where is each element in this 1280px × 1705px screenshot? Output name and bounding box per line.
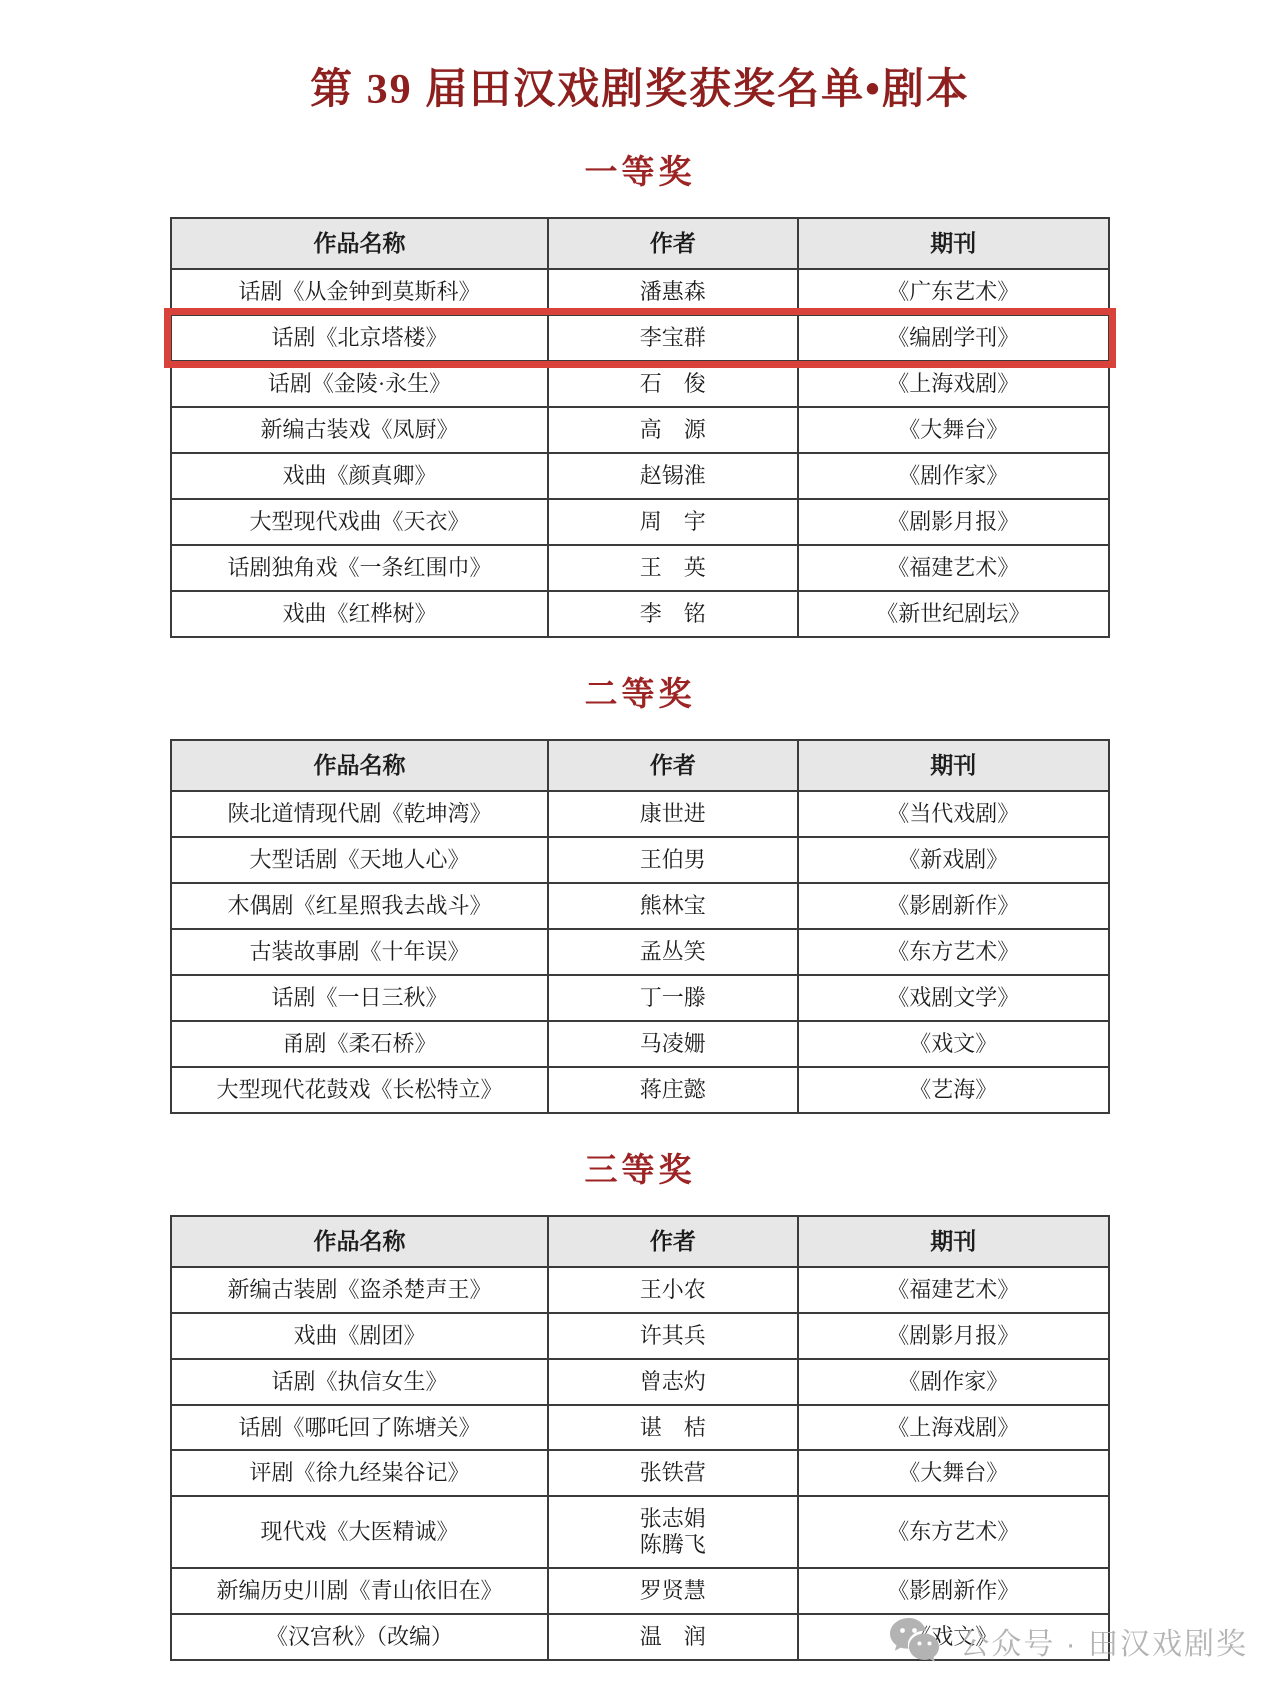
column-header-journal: 期刊	[798, 218, 1109, 269]
journal-cell: 《上海戏剧》	[798, 1405, 1109, 1451]
journal-cell: 《上海戏剧》	[798, 361, 1109, 407]
journal-cell: 《当代戏剧》	[798, 791, 1109, 837]
work-title-cell: 戏曲《剧团》	[171, 1313, 548, 1359]
work-title-cell: 话剧独角戏《一条红围巾》	[171, 545, 548, 591]
award-row: 话剧《一日三秋》丁一滕《戏剧文学》	[171, 975, 1109, 1021]
author-cell: 蒋庄懿	[548, 1067, 798, 1113]
third-prize-rows: 新编古装剧《盗杀楚声王》王小农《福建艺术》戏曲《剧团》许其兵《剧影月报》话剧《执…	[171, 1267, 1109, 1661]
award-row: 评剧《徐九经粜谷记》张铁营《大舞台》	[171, 1450, 1109, 1496]
column-header-work: 作品名称	[171, 218, 548, 269]
work-title-cell: 新编古装戏《凤厨》	[171, 407, 548, 453]
journal-cell: 《剧作家》	[798, 1359, 1109, 1405]
award-document: 一等奖 作品名称 作者 期刊 话剧《从金钟到莫斯科》潘惠森《广东艺术》话剧《北京…	[170, 146, 1110, 1661]
second-prize-table: 作品名称 作者 期刊 陕北道情现代剧《乾坤湾》康世进《当代戏剧》大型话剧《天地人…	[170, 739, 1110, 1114]
journal-cell: 《新世纪剧坛》	[798, 591, 1109, 637]
first-prize-rows: 话剧《从金钟到莫斯科》潘惠森《广东艺术》话剧《北京塔楼》李宝群《编剧学刊》话剧《…	[171, 269, 1109, 637]
author-cell: 温 润	[548, 1614, 798, 1660]
author-cell: 熊林宝	[548, 883, 798, 929]
work-title-cell: 甬剧《柔石桥》	[171, 1021, 548, 1067]
award-row: 大型现代戏曲《天衣》周 宇《剧影月报》	[171, 499, 1109, 545]
work-title-cell: 话剧《金陵·永生》	[171, 361, 548, 407]
award-row: 戏曲《颜真卿》赵锡淮《剧作家》	[171, 453, 1109, 499]
journal-cell: 《剧影月报》	[798, 499, 1109, 545]
award-row: 新编古装剧《盗杀楚声王》王小农《福建艺术》	[171, 1267, 1109, 1313]
author-cell: 谌 桔	[548, 1405, 798, 1451]
work-title-cell: 木偶剧《红星照我去战斗》	[171, 883, 548, 929]
award-row: 话剧《哪吒回了陈塘关》谌 桔《上海戏剧》	[171, 1405, 1109, 1451]
document-page: 第 39 届田汉戏剧奖获奖名单•剧本 一等奖 作品名称 作者 期刊 话剧《从金钟…	[0, 0, 1280, 1705]
work-title-cell: 话剧《一日三秋》	[171, 975, 548, 1021]
table-header-row: 作品名称 作者 期刊	[171, 740, 1109, 791]
author-cell: 许其兵	[548, 1313, 798, 1359]
work-title-cell: 新编古装剧《盗杀楚声王》	[171, 1267, 548, 1313]
work-title-cell: 新编历史川剧《青山依旧在》	[171, 1568, 548, 1614]
author-cell: 张铁营	[548, 1450, 798, 1496]
award-row: 新编古装戏《凤厨》高 源《大舞台》	[171, 407, 1109, 453]
column-header-journal: 期刊	[798, 1216, 1109, 1267]
journal-cell: 《影剧新作》	[798, 1568, 1109, 1614]
author-cell: 周 宇	[548, 499, 798, 545]
author-cell: 曾志灼	[548, 1359, 798, 1405]
author-cell: 王伯男	[548, 837, 798, 883]
author-cell: 王小农	[548, 1267, 798, 1313]
work-title-cell: 古装故事剧《十年误》	[171, 929, 548, 975]
work-title-cell: 评剧《徐九经粜谷记》	[171, 1450, 548, 1496]
first-prize-table: 作品名称 作者 期刊 话剧《从金钟到莫斯科》潘惠森《广东艺术》话剧《北京塔楼》李…	[170, 217, 1110, 638]
column-header-journal: 期刊	[798, 740, 1109, 791]
work-title-cell: 话剧《北京塔楼》	[171, 315, 548, 361]
work-title-cell: 戏曲《红桦树》	[171, 591, 548, 637]
award-row: 戏曲《剧团》许其兵《剧影月报》	[171, 1313, 1109, 1359]
column-header-work: 作品名称	[171, 740, 548, 791]
award-row: 话剧独角戏《一条红围巾》王 英《福建艺术》	[171, 545, 1109, 591]
author-cell: 石 俊	[548, 361, 798, 407]
work-title-cell: 陕北道情现代剧《乾坤湾》	[171, 791, 548, 837]
award-row: 木偶剧《红星照我去战斗》熊林宝《影剧新作》	[171, 883, 1109, 929]
journal-cell: 《广东艺术》	[798, 269, 1109, 315]
work-title-cell: 现代戏《大医精诚》	[171, 1496, 548, 1568]
award-row-highlighted: 话剧《北京塔楼》李宝群《编剧学刊》	[171, 315, 1109, 361]
author-cell: 潘惠森	[548, 269, 798, 315]
author-cell: 马凌姗	[548, 1021, 798, 1067]
work-title-cell: 戏曲《颜真卿》	[171, 453, 548, 499]
journal-cell: 《影剧新作》	[798, 883, 1109, 929]
award-row: 陕北道情现代剧《乾坤湾》康世进《当代戏剧》	[171, 791, 1109, 837]
prize-heading-third: 三等奖	[170, 1144, 1110, 1191]
journal-cell: 《戏剧文学》	[798, 975, 1109, 1021]
wechat-watermark: 公众号 · 田汉戏剧奖	[887, 1616, 1248, 1666]
author-cell: 李 铭	[548, 591, 798, 637]
work-title-cell: 大型话剧《天地人心》	[171, 837, 548, 883]
journal-cell: 《福建艺术》	[798, 545, 1109, 591]
award-row: 现代戏《大医精诚》张志娟 陈腾飞《东方艺术》	[171, 1496, 1109, 1568]
award-row: 古装故事剧《十年误》孟丛笑《东方艺术》	[171, 929, 1109, 975]
award-row: 话剧《金陵·永生》石 俊《上海戏剧》	[171, 361, 1109, 407]
wechat-icon	[887, 1616, 945, 1666]
table-header-row: 作品名称 作者 期刊	[171, 218, 1109, 269]
award-row: 大型现代花鼓戏《长松特立》蒋庄懿《艺海》	[171, 1067, 1109, 1113]
work-title-cell: 话剧《执信女生》	[171, 1359, 548, 1405]
column-header-author: 作者	[548, 1216, 798, 1267]
award-row: 戏曲《红桦树》李 铭《新世纪剧坛》	[171, 591, 1109, 637]
journal-cell: 《大舞台》	[798, 1450, 1109, 1496]
prize-heading-second: 二等奖	[170, 668, 1110, 715]
wechat-account-label: 公众号 · 田汉戏剧奖	[959, 1619, 1248, 1663]
author-cell: 罗贤慧	[548, 1568, 798, 1614]
author-cell: 高 源	[548, 407, 798, 453]
work-title-cell: 大型现代戏曲《天衣》	[171, 499, 548, 545]
journal-cell: 《新戏剧》	[798, 837, 1109, 883]
journal-cell: 《剧作家》	[798, 453, 1109, 499]
journal-cell: 《大舞台》	[798, 407, 1109, 453]
journal-cell: 《剧影月报》	[798, 1313, 1109, 1359]
author-cell: 张志娟 陈腾飞	[548, 1496, 798, 1568]
journal-cell: 《戏文》	[798, 1021, 1109, 1067]
work-title-cell: 话剧《从金钟到莫斯科》	[171, 269, 548, 315]
author-cell: 康世进	[548, 791, 798, 837]
author-cell: 李宝群	[548, 315, 798, 361]
column-header-author: 作者	[548, 740, 798, 791]
author-cell: 孟丛笑	[548, 929, 798, 975]
author-cell: 丁一滕	[548, 975, 798, 1021]
work-title-cell: 话剧《哪吒回了陈塘关》	[171, 1405, 548, 1451]
journal-cell: 《福建艺术》	[798, 1267, 1109, 1313]
work-title-cell: 《汉宫秋》（改编）	[171, 1614, 548, 1660]
journal-cell: 《艺海》	[798, 1067, 1109, 1113]
work-title-cell: 大型现代花鼓戏《长松特立》	[171, 1067, 548, 1113]
award-row: 话剧《执信女生》曾志灼《剧作家》	[171, 1359, 1109, 1405]
column-header-work: 作品名称	[171, 1216, 548, 1267]
award-row: 大型话剧《天地人心》王伯男《新戏剧》	[171, 837, 1109, 883]
third-prize-table: 作品名称 作者 期刊 新编古装剧《盗杀楚声王》王小农《福建艺术》戏曲《剧团》许其…	[170, 1215, 1110, 1662]
journal-cell: 《编剧学刊》	[798, 315, 1109, 361]
prize-heading-first: 一等奖	[170, 146, 1110, 193]
journal-cell: 《东方艺术》	[798, 929, 1109, 975]
table-header-row: 作品名称 作者 期刊	[171, 1216, 1109, 1267]
award-row: 话剧《从金钟到莫斯科》潘惠森《广东艺术》	[171, 269, 1109, 315]
column-header-author: 作者	[548, 218, 798, 269]
second-prize-rows: 陕北道情现代剧《乾坤湾》康世进《当代戏剧》大型话剧《天地人心》王伯男《新戏剧》木…	[171, 791, 1109, 1113]
journal-cell: 《东方艺术》	[798, 1496, 1109, 1568]
award-row: 新编历史川剧《青山依旧在》罗贤慧《影剧新作》	[171, 1568, 1109, 1614]
author-cell: 王 英	[548, 545, 798, 591]
page-title: 第 39 届田汉戏剧奖获奖名单•剧本	[0, 0, 1280, 116]
award-row: 甬剧《柔石桥》马凌姗《戏文》	[171, 1021, 1109, 1067]
author-cell: 赵锡淮	[548, 453, 798, 499]
